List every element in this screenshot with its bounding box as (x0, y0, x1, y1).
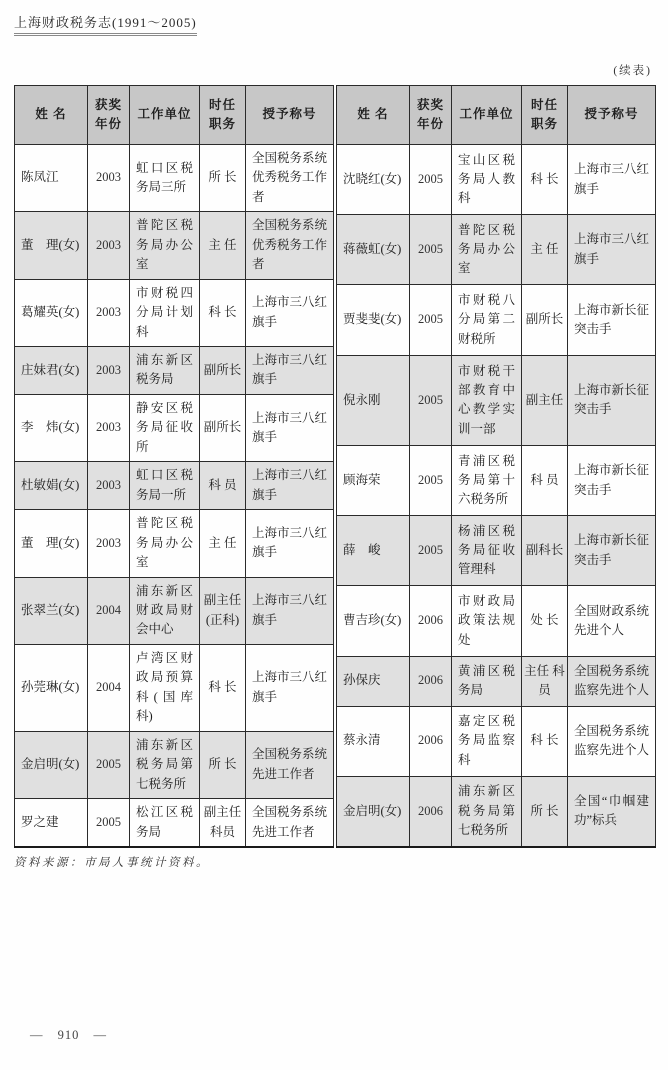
work-unit-cell: 虹口区税务局三所 (130, 145, 200, 212)
table-header-left: 姓 名 获奖 年份 工作单位 时任 职务 授予称号 (15, 86, 334, 145)
name-cell: 顾海荣 (337, 446, 410, 516)
work-unit-cell: 浦东新区财政局财会中心 (130, 577, 200, 644)
work-unit-cell: 静安区税务局征收所 (130, 394, 200, 461)
continued-table-label: (续表) (613, 62, 652, 78)
position-cell: 所 长 (200, 731, 246, 798)
work-unit-cell: 杨浦区税务局征收管理科 (452, 516, 522, 586)
table-row: 贾斐斐(女) 2005 市财税八分局第二财税所 副所长 上海市新长征突击手 (337, 285, 656, 355)
award-title-cell: 全国税务系统先进工作者 (246, 799, 334, 848)
award-title-cell: 上海市三八红旗手 (246, 279, 334, 346)
position-cell: 科 长 (200, 279, 246, 346)
work-unit-cell: 青浦区税务局第十六税务所 (452, 446, 522, 516)
year-cell: 2005 (88, 799, 130, 848)
table-row: 顾海荣 2005 青浦区税务局第十六税务所 科 员 上海市新长征突击手 (337, 446, 656, 516)
award-title-cell: 上海市三八红旗手 (568, 215, 656, 285)
year-cell: 2004 (88, 577, 130, 644)
award-title-cell: 上海市新长征突击手 (568, 355, 656, 445)
table-row: 董 理(女) 2003 普陀区税务局办公室 主 任 全国税务系统优秀税务工作者 (15, 212, 334, 279)
year-cell: 2004 (88, 644, 130, 731)
year-cell: 2005 (410, 145, 452, 215)
work-unit-cell: 卢湾区财政局预算科(国库科) (130, 644, 200, 731)
position-cell: 副所长 (200, 394, 246, 461)
work-unit-cell: 宝山区税务局人教科 (452, 145, 522, 215)
work-unit-cell: 松江区税务局 (130, 799, 200, 848)
year-cell: 2006 (410, 706, 452, 776)
position-cell: 所 长 (522, 776, 568, 847)
work-unit-cell: 浦东新区税务局第七税务所 (130, 731, 200, 798)
work-unit-cell: 市财税干部教育中心教学实训一部 (452, 355, 522, 445)
table-row: 李 炜(女) 2003 静安区税务局征收所 副所长 上海市三八红旗手 (15, 394, 334, 461)
left-table-body: 陈凤江 2003 虹口区税务局三所 所 长 全国税务系统优秀税务工作者 董 理(… (15, 145, 334, 848)
year-cell: 2006 (410, 586, 452, 656)
header-award-title: 授予称号 (246, 86, 334, 145)
award-title-cell: 上海市三八红旗手 (246, 394, 334, 461)
position-cell: 副所长 (522, 285, 568, 355)
name-cell: 蔡永清 (337, 706, 410, 776)
work-unit-cell: 黄浦区税务局 (452, 656, 522, 706)
award-title-cell: 全国税务系统优秀税务工作者 (246, 145, 334, 212)
awards-table-left-half: 姓 名 获奖 年份 工作单位 时任 职务 授予称号 陈凤江 2003 虹口区税务… (14, 85, 334, 848)
year-cell: 2003 (88, 279, 130, 346)
position-cell: 科 员 (522, 446, 568, 516)
table-row: 蔡永清 2006 嘉定区税务局监察科 科 长 全国税务系统监察先进个人 (337, 706, 656, 776)
year-cell: 2006 (410, 656, 452, 706)
award-title-cell: 上海市新长征突击手 (568, 285, 656, 355)
table-row: 曹吉珍(女) 2006 市财政局政策法规处 处 长 全国财政系统先进个人 (337, 586, 656, 656)
year-cell: 2005 (410, 285, 452, 355)
name-cell: 金启明(女) (337, 776, 410, 847)
table-row: 孙保庆 2006 黄浦区税务局 主任 科员 全国税务系统监察先进个人 (337, 656, 656, 706)
award-title-cell: 全国“巾帼建功”标兵 (568, 776, 656, 847)
award-title-cell: 全国税务系统先进工作者 (246, 731, 334, 798)
position-cell: 副所长 (200, 347, 246, 395)
position-cell: 主 任 (200, 510, 246, 577)
position-cell: 副主任 (正科) (200, 577, 246, 644)
header-position: 时任 职务 (522, 86, 568, 145)
name-cell: 蒋薇虹(女) (337, 215, 410, 285)
year-cell: 2005 (410, 446, 452, 516)
table-row: 沈晓红(女) 2005 宝山区税务局人教科 科 长 上海市三八红旗手 (337, 145, 656, 215)
header-position: 时任 职务 (200, 86, 246, 145)
name-cell: 倪永刚 (337, 355, 410, 445)
table-row: 罗之建 2005 松江区税务局 副主任 科员 全国税务系统先进工作者 (15, 799, 334, 848)
table-header-right: 姓 名 获奖 年份 工作单位 时任 职务 授予称号 (337, 86, 656, 145)
table-row: 董 理(女) 2003 普陀区税务局办公室 主 任 上海市三八红旗手 (15, 510, 334, 577)
table-row: 金启明(女) 2005 浦东新区税务局第七税务所 所 长 全国税务系统先进工作者 (15, 731, 334, 798)
work-unit-cell: 市财税四分局计划科 (130, 279, 200, 346)
name-cell: 陈凤江 (15, 145, 88, 212)
award-title-cell: 上海市三八红旗手 (246, 577, 334, 644)
name-cell: 孙莞琳(女) (15, 644, 88, 731)
year-cell: 2003 (88, 462, 130, 510)
year-cell: 2005 (410, 215, 452, 285)
header-name: 姓 名 (15, 86, 88, 145)
name-cell: 薛 峻 (337, 516, 410, 586)
name-cell: 葛耀英(女) (15, 279, 88, 346)
name-cell: 罗之建 (15, 799, 88, 848)
header-row: 姓 名 获奖 年份 工作单位 时任 职务 授予称号 (337, 86, 656, 145)
year-cell: 2003 (88, 394, 130, 461)
year-cell: 2006 (410, 776, 452, 847)
year-cell: 2003 (88, 212, 130, 279)
work-unit-cell: 虹口区税务局一所 (130, 462, 200, 510)
work-unit-cell: 嘉定区税务局监察科 (452, 706, 522, 776)
position-cell: 副主任 科员 (200, 799, 246, 848)
position-cell: 副主任 (522, 355, 568, 445)
name-cell: 贾斐斐(女) (337, 285, 410, 355)
name-cell: 庄妹君(女) (15, 347, 88, 395)
award-title-cell: 上海市三八红旗手 (246, 347, 334, 395)
year-cell: 2005 (410, 516, 452, 586)
header-row: 姓 名 获奖 年份 工作单位 时任 职务 授予称号 (15, 86, 334, 145)
table-row: 孙莞琳(女) 2004 卢湾区财政局预算科(国库科) 科 长 上海市三八红旗手 (15, 644, 334, 731)
table-row: 葛耀英(女) 2003 市财税四分局计划科 科 长 上海市三八红旗手 (15, 279, 334, 346)
table-row: 倪永刚 2005 市财税干部教育中心教学实训一部 副主任 上海市新长征突击手 (337, 355, 656, 445)
work-unit-cell: 普陀区税务局办公室 (130, 212, 200, 279)
work-unit-cell: 浦东新区税务局第七税务所 (452, 776, 522, 847)
award-title-cell: 全国税务系统监察先进个人 (568, 706, 656, 776)
award-title-cell: 上海市新长征突击手 (568, 446, 656, 516)
position-cell: 科 长 (522, 145, 568, 215)
header-name: 姓 名 (337, 86, 410, 145)
name-cell: 张翠兰(女) (15, 577, 88, 644)
position-cell: 主任 科员 (522, 656, 568, 706)
table-row: 杜敏娟(女) 2003 虹口区税务局一所 科 员 上海市三八红旗手 (15, 462, 334, 510)
awards-table-right-half: 姓 名 获奖 年份 工作单位 时任 职务 授予称号 沈晓红(女) 2005 宝山… (336, 85, 656, 848)
document-page: 上海财政税务志(1991～2005) (续表) 姓 名 获奖 年份 工作单位 时… (0, 0, 668, 1070)
position-cell: 主 任 (522, 215, 568, 285)
award-title-cell: 上海市新长征突击手 (568, 516, 656, 586)
source-note: 资料来源：市局人事统计资料。 (14, 854, 210, 870)
table-row: 蒋薇虹(女) 2005 普陀区税务局办公室 主 任 上海市三八红旗手 (337, 215, 656, 285)
name-cell: 杜敏娟(女) (15, 462, 88, 510)
award-title-cell: 上海市三八红旗手 (568, 145, 656, 215)
table-row: 庄妹君(女) 2003 浦东新区税务局 副所长 上海市三八红旗手 (15, 347, 334, 395)
award-title-cell: 上海市三八红旗手 (246, 462, 334, 510)
name-cell: 董 理(女) (15, 510, 88, 577)
position-cell: 主 任 (200, 212, 246, 279)
year-cell: 2003 (88, 145, 130, 212)
name-cell: 金启明(女) (15, 731, 88, 798)
year-cell: 2003 (88, 510, 130, 577)
position-cell: 科 长 (522, 706, 568, 776)
table-row: 张翠兰(女) 2004 浦东新区财政局财会中心 副主任 (正科) 上海市三八红旗… (15, 577, 334, 644)
header-work-unit: 工作单位 (452, 86, 522, 145)
book-title: 上海财政税务志(1991～2005) (14, 12, 197, 36)
name-cell: 沈晓红(女) (337, 145, 410, 215)
header-award-title: 授予称号 (568, 86, 656, 145)
table-row: 陈凤江 2003 虹口区税务局三所 所 长 全国税务系统优秀税务工作者 (15, 145, 334, 212)
header-award-year: 获奖 年份 (88, 86, 130, 145)
table-row: 金启明(女) 2006 浦东新区税务局第七税务所 所 长 全国“巾帼建功”标兵 (337, 776, 656, 847)
table-row: 薛 峻 2005 杨浦区税务局征收管理科 副科长 上海市新长征突击手 (337, 516, 656, 586)
awards-table: 姓 名 获奖 年份 工作单位 时任 职务 授予称号 陈凤江 2003 虹口区税务… (14, 85, 654, 848)
work-unit-cell: 市财政局政策法规处 (452, 586, 522, 656)
year-cell: 2005 (88, 731, 130, 798)
header-work-unit: 工作单位 (130, 86, 200, 145)
award-title-cell: 上海市三八红旗手 (246, 510, 334, 577)
position-cell: 科 长 (200, 644, 246, 731)
year-cell: 2005 (410, 355, 452, 445)
position-cell: 科 员 (200, 462, 246, 510)
name-cell: 孙保庆 (337, 656, 410, 706)
work-unit-cell: 普陀区税务局办公室 (452, 215, 522, 285)
name-cell: 李 炜(女) (15, 394, 88, 461)
award-title-cell: 全国财政系统先进个人 (568, 586, 656, 656)
year-cell: 2003 (88, 347, 130, 395)
award-title-cell: 全国税务系统优秀税务工作者 (246, 212, 334, 279)
position-cell: 副科长 (522, 516, 568, 586)
position-cell: 处 长 (522, 586, 568, 656)
right-table-body: 沈晓红(女) 2005 宝山区税务局人教科 科 长 上海市三八红旗手 蒋薇虹(女… (337, 145, 656, 848)
award-title-cell: 全国税务系统监察先进个人 (568, 656, 656, 706)
name-cell: 董 理(女) (15, 212, 88, 279)
work-unit-cell: 浦东新区税务局 (130, 347, 200, 395)
header-award-year: 获奖 年份 (410, 86, 452, 145)
name-cell: 曹吉珍(女) (337, 586, 410, 656)
work-unit-cell: 市财税八分局第二财税所 (452, 285, 522, 355)
work-unit-cell: 普陀区税务局办公室 (130, 510, 200, 577)
page-number: — 910 — (30, 1028, 107, 1043)
position-cell: 所 长 (200, 145, 246, 212)
award-title-cell: 上海市三八红旗手 (246, 644, 334, 731)
